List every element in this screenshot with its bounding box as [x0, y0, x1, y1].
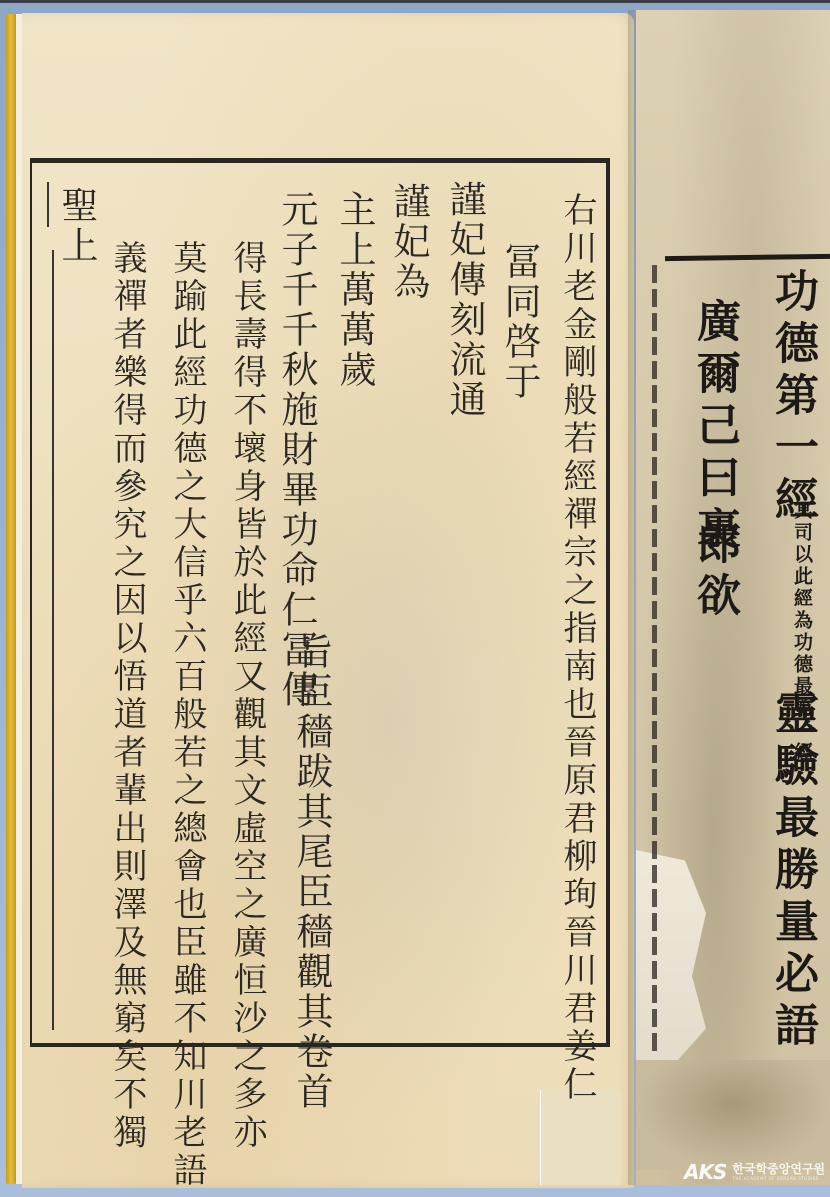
text-column-9: 義禪者樂得而參究之因以悟道者輩出則澤及無窮矣不獨	[106, 240, 148, 1152]
watermark-name: 한국학중앙연구원	[732, 1163, 825, 1175]
right-print-frame-side	[652, 265, 657, 1055]
yellow-binding-edge	[6, 14, 16, 1184]
right-text-column-2: 廣爾己曰裏	[690, 298, 738, 558]
right-heading-column: 功德第一經	[768, 268, 816, 528]
top-border	[0, 0, 830, 3]
right-text-column-3: 郎欲	[690, 520, 738, 624]
aks-logo-icon: AKS	[684, 1160, 726, 1184]
text-column-5: 主上萬萬歲	[333, 190, 375, 390]
right-page-damage	[636, 1060, 830, 1170]
aks-watermark: AKS 한국학중앙연구원 THE ACADEMY OF KOREAN STUDI…	[684, 1160, 825, 1184]
column-rule-top	[47, 182, 49, 227]
text-column-3: 謹妃傳刻流通	[443, 180, 485, 420]
column-rule	[52, 250, 54, 1030]
text-column-2: 冨同啓于	[498, 242, 540, 402]
left-page-folded-corner	[540, 1090, 621, 1185]
watermark-subtitle: THE ACADEMY OF KOREAN STUDIES	[732, 1177, 825, 1181]
text-column-1: 右川老金剛般若經禪宗之指南也晉原君柳珣晉川君姜仁	[556, 192, 598, 1104]
text-column-8: 莫踰此經功德之大信乎六百般若之總會也臣雖不知川老語	[166, 240, 208, 1190]
text-column-4: 謹妃為	[387, 182, 429, 302]
text-column-6b: 旨臣穡跋其尾臣穡觀其卷首	[290, 632, 332, 1112]
text-column-10: 聖上	[55, 186, 97, 266]
right-heading-column-2: 靈驗最勝量必語	[768, 690, 816, 1054]
text-column-7: 得長壽得不壞身皆於此經又觀其文虛空之廣恒沙之多亦	[226, 240, 268, 1152]
